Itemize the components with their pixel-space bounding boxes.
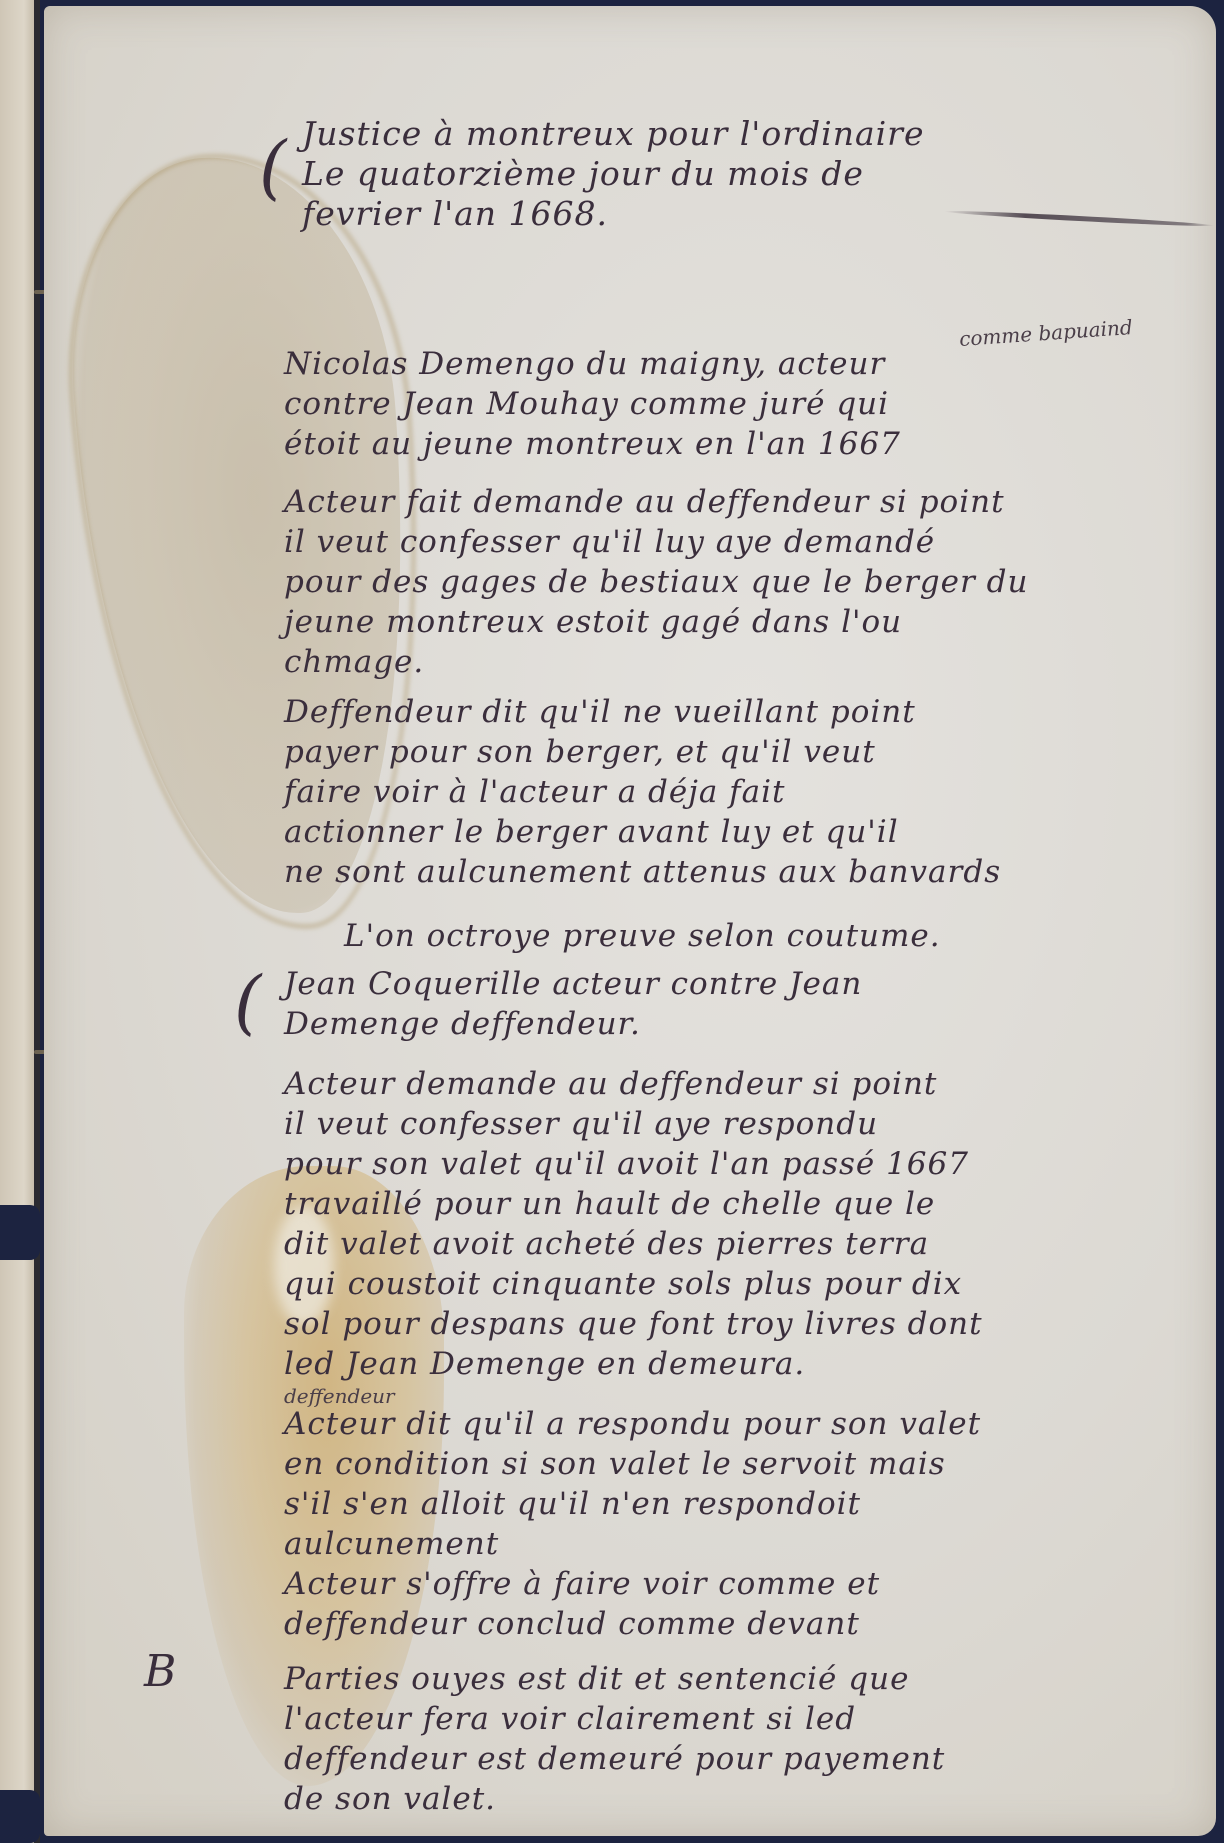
entry-2-para-4-line-3: deffendeur est demeuré pour payement bbox=[284, 1741, 945, 1777]
entry-2-para-2-line-3: s'il s'en alloit qu'il n'en respondoit bbox=[284, 1486, 861, 1522]
margin-note: comme bapuaind bbox=[958, 315, 1133, 351]
margin-note-deffendeur: deffendeur bbox=[284, 1384, 395, 1408]
manuscript-text: ( Justice à montreux pour l'ordinaire Le… bbox=[44, 6, 1216, 1836]
entry-1-para-3-line-1: L'on octroye preuve selon coutume. bbox=[344, 918, 941, 954]
heading-line-2: Le quatorzième jour du mois de bbox=[302, 154, 864, 193]
entry-1-title-line-1: Nicolas Demengo du maigny, acteur bbox=[284, 346, 885, 382]
heading-line-3: fevrier l'an 1668. bbox=[302, 194, 608, 233]
entry-2-para-3-line-1: Acteur s'offre à faire voir comme et bbox=[284, 1566, 880, 1602]
entry-2-flourish: ( bbox=[234, 961, 261, 1043]
entry-1-para-1-line-5: chmage. bbox=[284, 644, 424, 680]
entry-2-para-2-line-4: aulcunement bbox=[284, 1526, 499, 1562]
entry-2-para-1-line-8: led Jean Demenge en demeura. bbox=[284, 1346, 805, 1382]
entry-2-para-2-line-1: Acteur dit qu'il a respondu pour son val… bbox=[284, 1406, 981, 1442]
document-scan: ( Justice à montreux pour l'ordinaire Le… bbox=[0, 0, 1224, 1843]
heading-pen-stroke bbox=[944, 209, 1214, 228]
entry-1-para-1-line-1: Acteur fait demande au deffendeur si poi… bbox=[284, 484, 1005, 520]
entry-1-para-2-line-1: Deffendeur dit qu'il ne vueillant point bbox=[284, 694, 916, 730]
entry-1-para-2-line-3: faire voir à l'acteur a déja fait bbox=[284, 774, 786, 810]
entry-2-para-4-line-2: l'acteur fera voir clairement si led bbox=[284, 1701, 856, 1737]
entry-1-para-1-line-4: jeune montreux estoit gagé dans l'ou bbox=[284, 604, 902, 640]
entry-2-para-2-line-2: en condition si son valet le servoit mai… bbox=[284, 1446, 946, 1482]
entry-2-para-1-line-7: sol pour despans que font troy livres do… bbox=[284, 1306, 983, 1342]
entry-2-para-4-line-4: de son valet. bbox=[284, 1781, 496, 1817]
entry-2-para-1-line-4: travaillé pour un hault de chelle que le bbox=[284, 1186, 935, 1222]
entry-2-title-line-1: Jean Coquerille acteur contre Jean bbox=[284, 966, 862, 1002]
page-tear bbox=[0, 1205, 40, 1260]
entry-1-para-1-line-3: pour des gages de bestiaux que le berger… bbox=[284, 564, 1028, 600]
entry-2-para-4-line-1: Parties ouyes est dit et sentencié que bbox=[284, 1661, 909, 1697]
entry-2-para-3-line-2: deffendeur conclud comme devant bbox=[284, 1606, 860, 1642]
heading-flourish: ( bbox=[259, 126, 286, 208]
entry-2-para-1-line-2: il veut confesser qu'il aye respondu bbox=[284, 1106, 878, 1142]
entry-2-para-1-line-5: dit valet avoit acheté des pierres terra bbox=[284, 1226, 929, 1262]
entry-1-title-line-3: étoit au jeune montreux en l'an 1667 bbox=[284, 426, 901, 462]
entry-1-para-2-line-5: ne sont aulcunement attenus aux banvards bbox=[284, 854, 1001, 890]
entry-2-para-1-line-1: Acteur demande au deffendeur si point bbox=[284, 1066, 937, 1102]
entry-2-title-line-2: Demenge deffendeur. bbox=[284, 1006, 641, 1042]
margin-mark-b: B bbox=[144, 1646, 176, 1697]
heading-line-1: Justice à montreux pour l'ordinaire bbox=[302, 114, 924, 153]
previous-page-edge bbox=[0, 0, 40, 1843]
page-tear bbox=[0, 1790, 40, 1843]
entry-1-title-line-2: contre Jean Mouhay comme juré qui bbox=[284, 386, 889, 422]
entry-1-para-1-line-2: il veut confesser qu'il luy aye demandé bbox=[284, 524, 935, 560]
entry-2-para-1-line-6: qui coustoit cinquante sols plus pour di… bbox=[284, 1266, 962, 1302]
entry-2-para-1-line-3: pour son valet qu'il avoit l'an passé 16… bbox=[284, 1146, 969, 1182]
entry-1-para-2-line-2: payer pour son berger, et qu'il veut bbox=[284, 734, 876, 770]
entry-1-para-2-line-4: actionner le berger avant luy et qu'il bbox=[284, 814, 899, 850]
manuscript-page: ( Justice à montreux pour l'ordinaire Le… bbox=[44, 6, 1216, 1836]
binding-gutter bbox=[34, 0, 40, 1843]
